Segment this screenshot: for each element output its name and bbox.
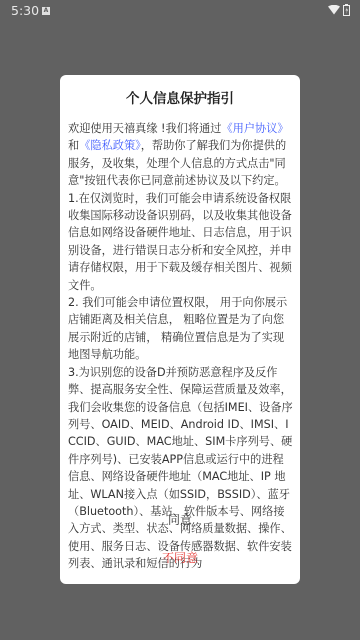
notification-icon: A <box>42 7 50 15</box>
intro-and: 和 <box>68 139 79 152</box>
paragraph-1: 1.在仅浏览时，我们可能会申请系统设备权限收集国际移动设备识别码，以及收集其他设… <box>68 190 294 294</box>
agree-button[interactable]: 同意 <box>60 511 300 528</box>
disagree-button[interactable]: 不同意 <box>60 549 300 566</box>
paragraph-3: 3.为识别您的设备D并预防恶意程序及反作弊、提高服务安全性、保障运营质量及效率，… <box>68 364 294 573</box>
status-bar: 5:30 A <box>0 0 360 24</box>
user-agreement-link[interactable]: 《用户协议》 <box>221 122 288 135</box>
intro-prefix: 欢迎使用天禧真缘 !我们将通过 <box>68 122 221 135</box>
dialog-title: 个人信息保护指引 <box>60 87 300 107</box>
dialog-body-scroll[interactable]: 欢迎使用天禧真缘 !我们将通过《用户协议》和《隐私政策》，帮助你了解我们为你提供… <box>68 120 294 575</box>
battery-icon <box>343 4 350 16</box>
privacy-policy-link[interactable]: 《隐私政策》 <box>79 139 141 152</box>
privacy-dialog: 个人信息保护指引 欢迎使用天禧真缘 !我们将通过《用户协议》和《隐私政策》，帮助… <box>60 75 300 584</box>
wifi-icon <box>328 5 340 15</box>
paragraph-2: 2. 我们可能会申请位置权限， 用于向你展示店铺距离及相关信息， 粗略位置是为了… <box>68 294 294 364</box>
intro-paragraph: 欢迎使用天禧真缘 !我们将通过《用户协议》和《隐私政策》，帮助你了解我们为你提供… <box>68 120 294 190</box>
status-time: 5:30 <box>11 3 39 18</box>
